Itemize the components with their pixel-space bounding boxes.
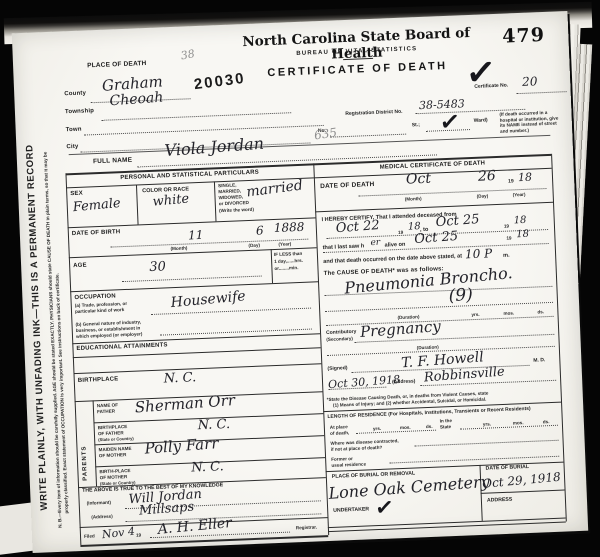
sex-label: SEX xyxy=(70,191,83,198)
city-label: City xyxy=(66,144,78,151)
rule xyxy=(69,135,551,155)
township-label: Township xyxy=(65,108,94,116)
marital-label-4: or DIVORCED xyxy=(219,200,249,207)
mother-birthplace-value: N. C. xyxy=(191,459,224,475)
educational-attainments-label: EDUCATIONAL ATTAINMENTS xyxy=(76,342,167,353)
birthplace-label: BIRTHPLACE xyxy=(78,376,119,385)
physician-address-label: (Address) xyxy=(392,379,416,386)
dotted-line xyxy=(356,430,436,434)
if-less-label-3: or........min. xyxy=(274,265,298,272)
dotted-line xyxy=(415,440,559,447)
date-of-burial-label: DATE OF BURIAL xyxy=(486,465,530,473)
informant-address-value: Millsaps xyxy=(139,499,195,518)
town-label: Town xyxy=(66,127,82,135)
duration-yrs-label: yrs. xyxy=(471,312,479,318)
dotted-line xyxy=(460,425,558,430)
contributory-value: Pregnancy xyxy=(359,317,441,341)
death-day-value: 26 xyxy=(478,168,496,185)
sex-value: Female xyxy=(72,196,121,215)
to-year-value: 18 xyxy=(513,215,526,227)
death-year-value: 18 xyxy=(518,171,533,185)
father-birthplace-value: N. C. xyxy=(197,417,230,433)
occupation-a-label-2: particular kind of work xyxy=(75,307,124,315)
mother-name-value: Polly Farr xyxy=(144,434,219,458)
death-year-print: 19 xyxy=(508,179,514,185)
death-month-value: Oct xyxy=(406,171,432,188)
marital-label-5: (Write the word) xyxy=(219,207,254,214)
certificate-no-label: Certificate No. xyxy=(474,83,508,90)
dotted-line xyxy=(330,134,406,138)
county-label: County xyxy=(64,90,86,98)
rule xyxy=(214,181,217,221)
in-the-label-2: State xyxy=(440,424,451,430)
attended-from-date: Oct 22 xyxy=(335,218,380,236)
death-time-value: 10 P xyxy=(465,246,493,261)
full-name-value: Viola Jordan xyxy=(164,134,265,160)
age-value: 30 xyxy=(149,259,166,275)
dotted-line xyxy=(122,276,262,283)
last-saw-date: Oct 25 xyxy=(414,229,459,247)
rule xyxy=(481,490,565,494)
if-less-label-2: 1 day,......hrs. xyxy=(274,258,303,265)
contracted-label-2: if not at place of death? xyxy=(331,445,383,453)
state-or-country-note: (State or Country) xyxy=(98,436,134,443)
filed-label: Filed xyxy=(84,533,95,539)
month-caption: (Month) xyxy=(170,245,187,251)
date-of-burial-value: Oct 29, 1918 xyxy=(482,470,562,491)
filed-year-print: 19 xyxy=(136,533,141,539)
last-saw-pronoun: er xyxy=(370,238,380,248)
occupation-b-label-3: which employed (or employer) xyxy=(76,331,143,339)
checkmark-icon: ✓ xyxy=(374,496,395,520)
date-of-death-label: DATE OF DEATH xyxy=(320,181,375,191)
month-caption-2: (Month) xyxy=(405,196,422,202)
dotted-line xyxy=(517,91,567,94)
year-caption-2: (Year) xyxy=(513,192,526,198)
pencil-scrawl: 635 xyxy=(313,125,338,142)
occupation-value: Housewife xyxy=(170,288,246,311)
informant-label: (Informant) xyxy=(87,500,111,507)
rule xyxy=(70,281,318,292)
dotted-line xyxy=(101,112,291,121)
file-number-stamp: 20030 xyxy=(193,70,246,93)
rule xyxy=(551,154,567,522)
md-label: M. D. xyxy=(533,358,545,364)
place-of-death-label: PLACE OF DEATH xyxy=(87,60,147,70)
age-label: AGE xyxy=(73,263,87,270)
to-year-print: 19 xyxy=(504,224,509,230)
dotted-line xyxy=(84,125,324,136)
parents-section-label: PARENTS xyxy=(81,445,89,480)
marital-value: married xyxy=(245,177,303,200)
burial-address-label: ADDRESS xyxy=(487,498,513,505)
death-occurred-label: and that death occurred on the date abov… xyxy=(323,253,462,265)
birth-month-value: 11 xyxy=(188,228,204,243)
day-caption-2: (Day) xyxy=(477,193,489,199)
serial-number: 479 xyxy=(502,24,546,48)
day-caption: (Day) xyxy=(248,243,260,249)
date-of-birth-label: DATE OF BIRTH xyxy=(72,229,121,238)
ward-label: Ward) xyxy=(474,118,488,124)
rule xyxy=(315,202,553,213)
death-certificate-sheet: WRITE PLAINLY, WITH UNFADING INK—THIS IS… xyxy=(12,11,588,553)
race-value: white xyxy=(152,191,190,209)
registration-district-label: Registration District No. xyxy=(345,110,402,118)
year-caption: (Year) xyxy=(278,241,291,247)
pencil-number: 38 xyxy=(180,47,196,62)
former-residence-label-2: usual residence xyxy=(331,461,366,468)
if-less-label-1: IF LESS than xyxy=(274,251,303,258)
informant-address-label: (Address) xyxy=(91,514,113,521)
rule xyxy=(136,184,139,224)
rule xyxy=(73,363,321,374)
mother-name-label-2: OF MOTHER xyxy=(99,452,127,459)
duration-mos-label: mos. xyxy=(503,310,514,316)
rule xyxy=(271,249,273,283)
birthplace-value: N. C. xyxy=(163,370,196,386)
full-name-label: FULL NAME xyxy=(93,157,133,166)
cause-code-value: (9) xyxy=(448,285,473,306)
township-value: Cheoah xyxy=(109,89,164,109)
certificate-no-value: 20 xyxy=(522,74,538,89)
filed-date-value: Nov 4 xyxy=(101,525,135,542)
secondary-label: (Secondary) xyxy=(326,336,353,343)
birth-day-value: 6 xyxy=(256,223,264,237)
signed-label: (Signed) xyxy=(327,366,347,373)
checkmark-icon: ✓ xyxy=(439,109,461,135)
undertaker-label: UNDERTAKER xyxy=(333,507,369,514)
duration-ds-label: ds. xyxy=(537,309,544,315)
street-label: St.; xyxy=(412,123,420,129)
attended-to-date: Oct 25 xyxy=(435,212,480,230)
dotted-line xyxy=(325,302,553,312)
father-name-label-2: FATHER xyxy=(97,409,115,415)
registrar-label: Registrar. xyxy=(296,525,317,532)
birth-year-value: 1888 xyxy=(274,220,305,235)
last-year-value: 18 xyxy=(516,229,529,241)
hospital-note: (If death occurred in a hospital or inst… xyxy=(499,109,564,134)
time-m-label: m. xyxy=(503,253,510,260)
at-place-label-2: of death, xyxy=(330,430,349,436)
father-name-value: Sherman Orr xyxy=(134,391,235,416)
last-year-print: 19 xyxy=(506,235,511,241)
